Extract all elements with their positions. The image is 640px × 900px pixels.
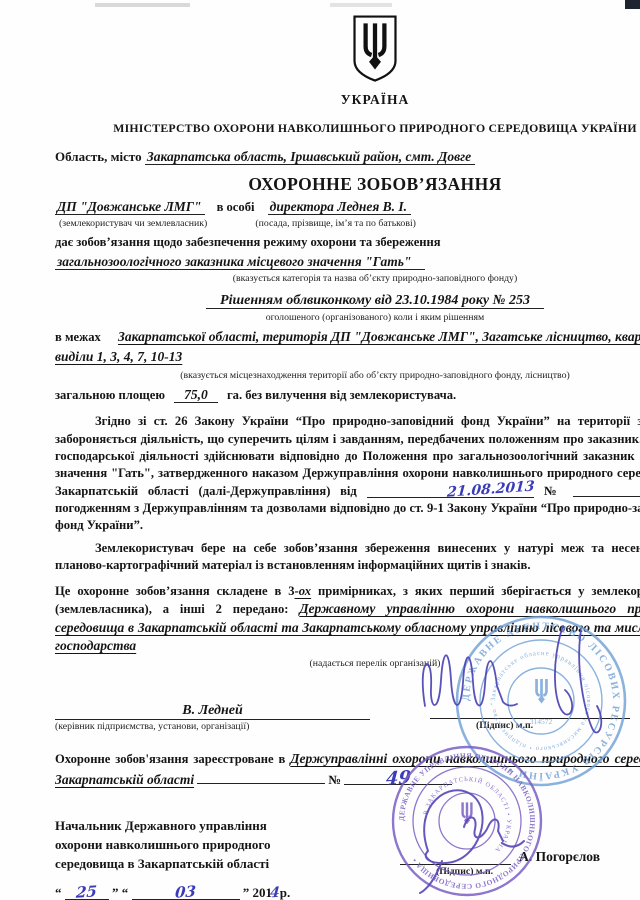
person-caption: (посада, прізвище, ім’я та по батькові) — [255, 218, 416, 229]
chief-title-line1: Начальник Державного управління — [55, 817, 355, 836]
within-line: в межах Закарпатської області, територія… — [55, 327, 640, 368]
within-caption: (вказується місцезнаходження території а… — [55, 370, 640, 381]
director-sign-caption: (Підпис) м.п. — [476, 720, 630, 731]
org-caption: (землекористувач чи землевласник) — [59, 218, 207, 229]
day-slot: 25 — [65, 885, 109, 900]
area-suffix: га. без вилучення від землекористувача. — [227, 388, 456, 402]
chief-title-line2: охорони навколишнього природного — [55, 836, 355, 855]
copies-caption: (надається перелік організацій) — [55, 658, 640, 669]
person-name: директора Леднея В. І. — [268, 199, 411, 215]
decision-line: Рішенням облвиконкому від 23.10.1984 рок… — [55, 291, 640, 309]
chief-sign-line — [400, 863, 511, 865]
chief-sign-block: (Підпис) м.п. А. Погорєлов — [400, 817, 600, 877]
registration-label: Охоронне зобов'язання зареєстроване в — [55, 752, 285, 766]
gives-line: дає зобов’язання щодо забезпечення режим… — [55, 234, 640, 251]
object-caption: (вказується категорія та назва об’єкту п… — [55, 273, 640, 284]
number-sign: № — [544, 484, 563, 498]
chief-sign-caption: (Підпис) м.п. — [436, 866, 511, 877]
registration-number-slot: 49 — [344, 770, 452, 784]
order-number-handwritten: 78 — [613, 480, 640, 499]
director-name: В. Ледней — [55, 703, 370, 720]
order-date-slot: 21.08.2013 — [367, 484, 535, 498]
area-label: загальною площею — [55, 388, 165, 402]
day-handwritten: 25 — [76, 884, 98, 900]
in-person-label: в особі — [217, 200, 255, 214]
month-handwritten: 03 — [175, 884, 197, 900]
copies-part1: Це охоронне зобов’язання складене в 3 — [55, 584, 295, 598]
registration-paragraph: Охоронне зобов'язання зареєстроване в Де… — [55, 748, 640, 791]
decision-caption: оголошеного (організованого) коли і яким… — [55, 312, 640, 323]
director-sign-block: (Підпис) м.п. — [430, 703, 630, 732]
object-value: загальнозоологічного заказника місцевого… — [55, 254, 425, 270]
year-handwritten: 4 — [269, 885, 280, 900]
parties-captions: (землекористувач чи землевласник) (посад… — [55, 218, 640, 229]
chief-title-line3: середовища в Закарпатській області — [55, 855, 355, 874]
month-slot: 03 — [132, 885, 240, 900]
registration-number-handwritten: 49 — [385, 769, 411, 789]
law-paragraph: Згідно зі ст. 26 Закону України “Про при… — [55, 413, 640, 535]
order-number-slot: 78 — [573, 483, 640, 497]
coat-of-arms — [55, 14, 640, 89]
quote-mid: ” “ — [112, 885, 128, 900]
year-suffix: р. — [280, 885, 290, 900]
trident-emblem-icon — [349, 14, 401, 84]
copies-suffix: -ох — [295, 584, 312, 598]
region-label: Область, місто — [55, 149, 142, 164]
registration-number-sign: № — [328, 773, 341, 787]
quote-open: “ — [55, 885, 62, 900]
director-caption: (керівник підприємства, установи, органі… — [55, 721, 370, 732]
land-user-paragraph: Землекористувач бере на себе зобов’язанн… — [55, 540, 640, 575]
copies-paragraph: Це охоронне зобов’язання складене в 3-ох… — [55, 583, 640, 656]
decision-value: Рішенням облвиконкому від 23.10.1984 рок… — [206, 293, 544, 309]
country-name: УКРАЇНА — [55, 92, 640, 108]
chief-title-block: Начальник Державного управління охорони … — [55, 817, 355, 877]
ministry-name: МІНІСТЕРСТВО ОХОРОНИ НАВКОЛИШНЬОГО ПРИРО… — [55, 121, 640, 136]
director-signature-row: В. Ледней (керівник підприємства, устано… — [55, 703, 640, 732]
chief-row: Начальник Державного управління охорони … — [55, 817, 640, 877]
order-date-handwritten: 21.08.2013 — [406, 479, 534, 502]
scanned-document-page: УКРАЇНА МІНІСТЕРСТВО ОХОРОНИ НАВКОЛИШНЬО… — [0, 0, 640, 900]
area-line: загальною площею 75,0 га. без вилучення … — [55, 386, 640, 405]
date-line: “ 25 ” “ 03 ” 2014р. — [55, 885, 640, 900]
area-value: 75,0 — [174, 387, 218, 403]
region-value: Закарпатська область, Іршавський район, … — [145, 149, 475, 165]
region-line: Область, місто Закарпатська область, Ірш… — [55, 149, 640, 165]
parties-line: ДП "Довжанське ЛМГ" в особі директора Ле… — [55, 198, 640, 217]
org-name: ДП "Довжанське ЛМГ" — [55, 199, 205, 215]
chief-name: А. Погорєлов — [519, 849, 600, 877]
director-sign-line — [430, 717, 630, 719]
document-title: ОХОРОННЕ ЗОБОВ’ЯЗАННЯ — [55, 174, 640, 195]
registration-blank-line — [197, 771, 325, 785]
director-name-block: В. Ледней (керівник підприємства, устано… — [55, 703, 370, 732]
quote-close: ” — [243, 885, 250, 900]
object-line: загальнозоологічного заказника місцевого… — [55, 253, 640, 271]
within-label: в межах — [55, 330, 101, 344]
within-value: Закарпатської області, територія ДП "Дов… — [55, 329, 640, 364]
